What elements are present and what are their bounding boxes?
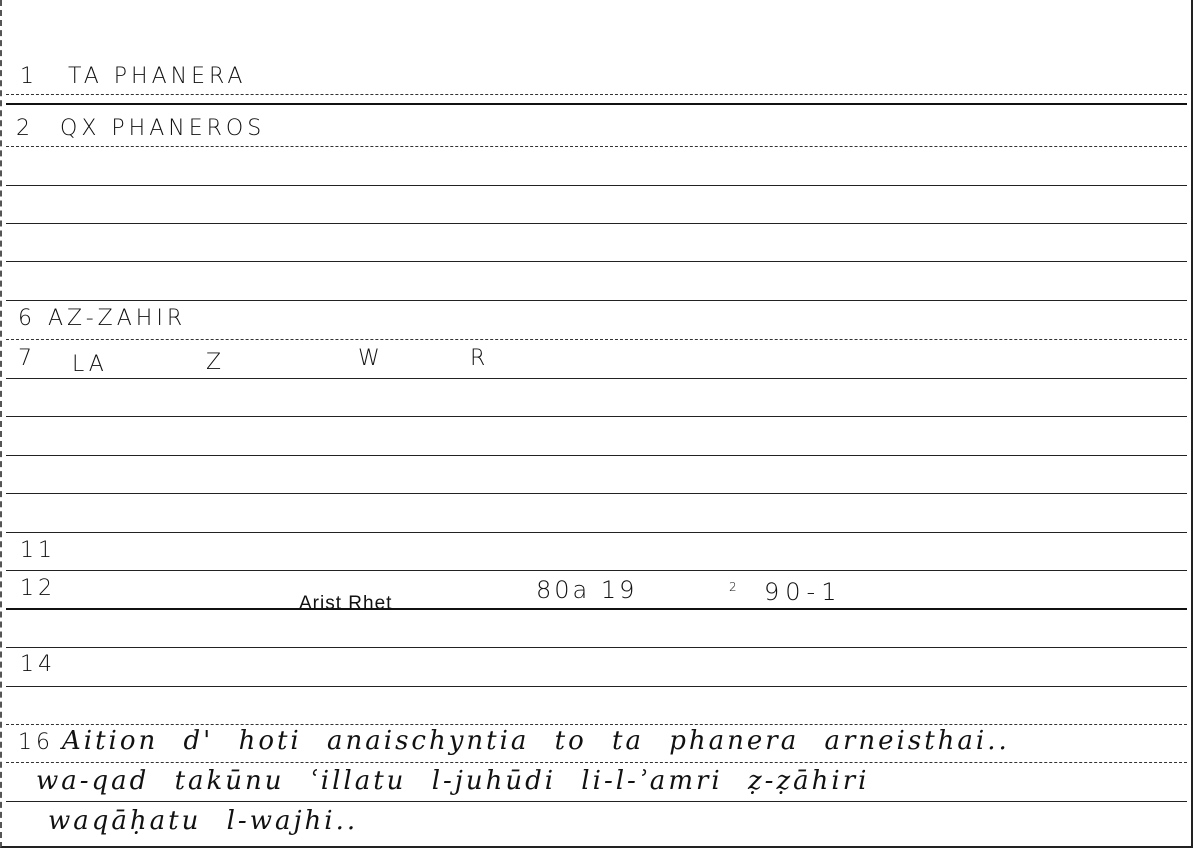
line-number: 7 — [18, 346, 36, 371]
ruled-line — [6, 493, 1187, 494]
line-number: 16 — [18, 730, 54, 755]
line-number: 2 — [16, 116, 34, 141]
quotation-greek: Aition d' hoti anaischyntia to ta phaner… — [62, 726, 1010, 756]
line-number: 12 — [20, 576, 56, 601]
ruled-line — [6, 146, 1187, 147]
index-card: 1 TA PHANERA 2 QX PHANEROS 6 AZ-ZAHIR 7 … — [0, 0, 1193, 848]
quotation-arabic: wa-qad takūnu ʿillatu l-juhūdi li-l-ʾamr… — [36, 766, 869, 796]
ruled-line — [6, 416, 1187, 417]
entry-greek-plural: TA PHANERA — [68, 64, 246, 89]
ruled-line — [6, 532, 1187, 533]
entry-arabic: AZ-ZAHIR — [48, 306, 186, 331]
ruled-line — [6, 103, 1187, 105]
bekker-page: 80a 19 — [536, 576, 637, 604]
ruled-line — [6, 724, 1187, 725]
superscript: 2 — [729, 580, 741, 594]
ruled-line — [6, 570, 1187, 571]
root-label: LA — [72, 352, 108, 377]
ruled-line — [6, 762, 1187, 763]
line-number: 6 — [18, 306, 36, 331]
ruled-line — [6, 300, 1187, 301]
root-letter-2: W — [358, 346, 384, 371]
translation-page: 90-1 — [764, 578, 842, 606]
ruled-line — [6, 339, 1187, 340]
root-letter-1: Z — [206, 350, 225, 375]
root-letter-3: R — [470, 346, 489, 371]
entry-greek-singular: QX PHANEROS — [60, 116, 265, 141]
ruled-line — [6, 455, 1187, 456]
line-number: 14 — [20, 652, 56, 677]
ruled-line — [6, 647, 1187, 648]
ruled-line — [6, 94, 1187, 95]
line-number: 11 — [20, 538, 56, 563]
ruled-line — [6, 223, 1187, 224]
quotation-arabic-cont: waqāḥatu l-wajhi.. — [48, 806, 358, 836]
ruled-line — [6, 608, 1187, 610]
ruled-line — [6, 378, 1187, 379]
ruled-line — [6, 801, 1187, 802]
ruled-line — [6, 686, 1187, 687]
source-reference: Arist Rhet — [299, 593, 392, 615]
ruled-line — [6, 261, 1187, 262]
line-number: 1 — [20, 64, 38, 89]
ruled-line — [6, 185, 1187, 186]
